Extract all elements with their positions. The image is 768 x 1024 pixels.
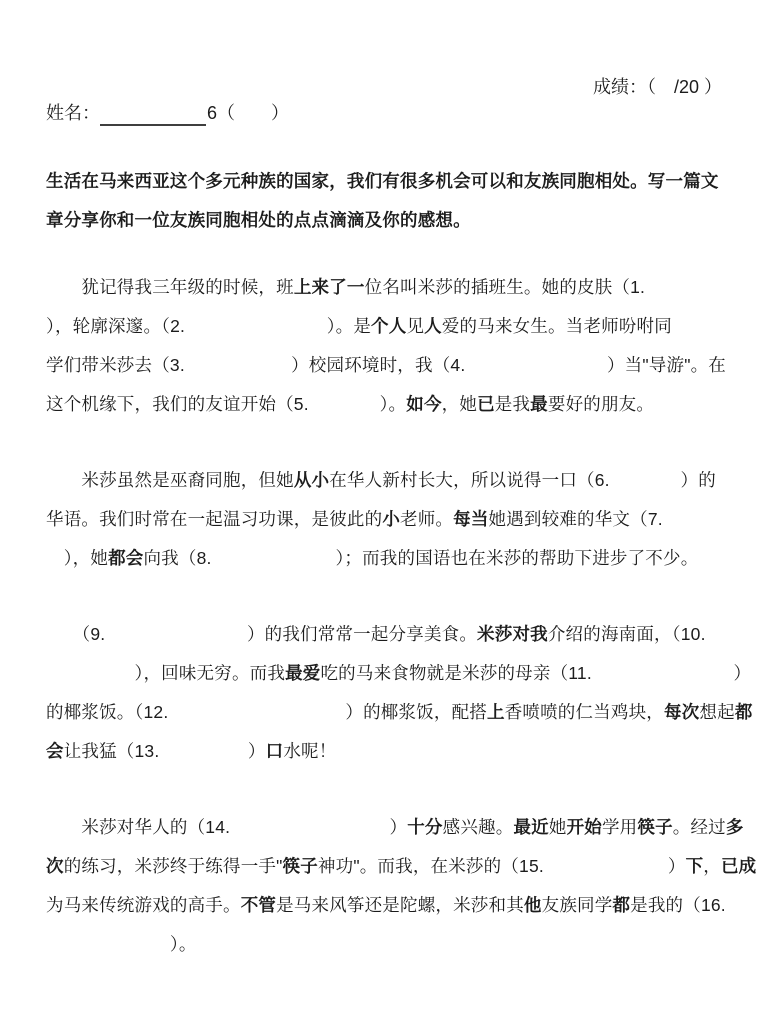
text-run-bold: 会	[46, 741, 64, 761]
header-row: 姓名： 6（ ） 成绩：（ /20 ）	[46, 48, 722, 126]
text-run: 水呢！	[283, 741, 336, 761]
text-run-bold: 每次	[664, 702, 699, 722]
text-run-bold: 筷子	[637, 817, 672, 837]
essay-paragraph-1: 犹记得我三年级的时候，班上来了一位名叫米莎的插班生。她的皮肤（1.），轮廓深邃。…	[46, 268, 722, 424]
text-run-bold: 已成	[721, 856, 756, 876]
text-run: 想起	[699, 702, 734, 722]
text-run: 华语。我们时常在一起温习功课，是彼此的	[46, 509, 382, 529]
text-run: 老师。	[400, 509, 453, 529]
text-run-bold: 开始	[567, 817, 602, 837]
name-label: 姓名：	[46, 100, 100, 126]
text-run-bold: 多	[726, 817, 744, 837]
prompt-line: 章分享你和一位友族同胞相处的点点滴滴及你的感想。	[46, 201, 722, 240]
text-line: （9. ）的我们常常一起分享美食。米莎对我介绍的海南面，（10.	[46, 615, 722, 654]
worksheet-body: { "document": { "header": { "name_label"…	[0, 0, 768, 1024]
text-run: ），轮廓深邃。（2. ）。是	[46, 316, 371, 336]
text-run-bold: 从小	[294, 470, 329, 490]
text-run: 向我（8. ）；而我的国语也在米莎的帮助下进步了不少。	[143, 548, 698, 568]
text-run: 感兴趣。	[443, 817, 514, 837]
text-run: 吃的马来食物就是米莎的母亲（11. ）	[320, 663, 751, 683]
text-run: （9. ）的我们常常一起分享美食。	[46, 624, 477, 644]
text-run-bold: 最近	[513, 817, 548, 837]
header-left: 姓名： 6（ ）	[46, 100, 289, 126]
text-run-bold: 不管	[241, 895, 276, 915]
text-line: 次的练习，米莎终于练得一手"筷子神功"。而我，在米莎的（15. ）下，已成	[46, 847, 722, 886]
text-run-bold: 个人	[371, 316, 406, 336]
text-line: ），轮廓深邃。（2. ）。是个人见人爱的马来女生。当老师吩咐同	[46, 307, 722, 346]
text-run-bold: 都	[612, 895, 630, 915]
text-run-bold: 已	[477, 394, 495, 414]
text-run-bold: 下	[686, 856, 704, 876]
text-line: 犹记得我三年级的时候，班上来了一位名叫米莎的插班生。她的皮肤（1.	[46, 268, 722, 307]
text-run: ，	[703, 856, 721, 876]
text-run-bold: 人	[424, 316, 442, 336]
text-line: 华语。我们时常在一起温习功课，是彼此的小老师。每当她遇到较难的华文（7.	[46, 500, 722, 539]
text-run: 神功"。而我，在米莎的（15. ）	[318, 856, 686, 876]
text-run-bold: 他	[524, 895, 542, 915]
text-line: 米莎虽然是巫裔同胞，但她从小在华人新村长大，所以说得一口（6. ）的	[46, 461, 722, 500]
text-run-bold: 米莎对我	[477, 624, 548, 644]
text-run-bold: 次	[46, 856, 64, 876]
text-run: 她遇到较难的华文（7.	[489, 509, 663, 529]
text-run: 让我猛（13. ）	[64, 741, 266, 761]
text-run: 是马来风筝还是陀螺，米莎和其	[276, 895, 524, 915]
text-run-bold: 章分享你和一位友族同胞相处的点点滴滴及你的感想。	[46, 210, 471, 230]
text-run: 友族同学	[542, 895, 613, 915]
name-blank-line	[100, 106, 206, 126]
text-run: ），她	[46, 548, 108, 568]
text-run-bold: 上来了一	[294, 277, 365, 297]
text-run: 的椰浆饭。（12. ）的椰浆饭，配搭	[46, 702, 487, 722]
essay-paragraph-3: （9. ）的我们常常一起分享美食。米莎对我介绍的海南面，（10. ），回味无穷。…	[46, 615, 722, 771]
essay-paragraph-4: 米莎对华人的（14. ）十分感兴趣。最近她开始学用筷子。经过多次的练习，米莎终于…	[46, 808, 722, 964]
text-line: 米莎对华人的（14. ）十分感兴趣。最近她开始学用筷子。经过多	[46, 808, 722, 847]
text-run-bold: 最爱	[285, 663, 320, 683]
text-run: 学用	[602, 817, 637, 837]
document-page: 姓名： 6（ ） 成绩：（ /20 ） 生活在马来西亚这个多元种族的国家，我们有…	[0, 0, 768, 1024]
text-run: ，她	[442, 394, 477, 414]
text-run-bold: 最	[530, 394, 548, 414]
essay-body: 犹记得我三年级的时候，班上来了一位名叫米莎的插班生。她的皮肤（1.），轮廓深邃。…	[46, 268, 722, 964]
text-run: 要好的朋友。	[548, 394, 654, 414]
text-run: 介绍的海南面，（10.	[548, 624, 706, 644]
essay-prompt: 生活在马来西亚这个多元种族的国家，我们有很多机会可以和友族同胞相处。写一篇文章分…	[46, 162, 722, 240]
text-run: 犹记得我三年级的时候，班	[46, 277, 294, 297]
text-run: 米莎虽然是巫裔同胞，但她	[46, 470, 294, 490]
text-run: 为马来传统游戏的高手。	[46, 895, 241, 915]
text-run-bold: 十分	[407, 817, 442, 837]
text-run: 位名叫米莎的插班生。她的皮肤（1.	[365, 277, 646, 297]
text-run-bold: 上	[487, 702, 505, 722]
text-run: ），回味无穷。而我	[46, 663, 285, 683]
essay-paragraph-2: 米莎虽然是巫裔同胞，但她从小在华人新村长大，所以说得一口（6. ）的华语。我们时…	[46, 461, 722, 578]
text-run-bold: 生活在马来西亚这个多元种族的国家，我们有很多机会可以和友族同胞相处。写一篇文	[46, 171, 719, 191]
text-run-bold: 都	[735, 702, 753, 722]
prompt-line: 生活在马来西亚这个多元种族的国家，我们有很多机会可以和友族同胞相处。写一篇文	[46, 162, 722, 201]
text-run-bold: 筷子	[283, 856, 318, 876]
text-run: ）。	[46, 934, 197, 954]
text-run-bold: 小	[382, 509, 400, 529]
text-run: 见	[406, 316, 424, 336]
text-run: 香喷喷的仁当鸡块，	[505, 702, 664, 722]
text-run: 。经过	[673, 817, 726, 837]
header-right: 成绩：（ /20 ）	[563, 48, 722, 126]
text-run: 在华人新村长大，所以说得一口（6. ）的	[329, 470, 716, 490]
text-line: 学们带米莎去（3. ）校园环境时，我（4. ）当"导游"。在	[46, 346, 722, 385]
text-run-bold: 都会	[108, 548, 143, 568]
text-run-bold: 口	[266, 741, 284, 761]
text-line: 这个机缘下，我们的友谊开始（5. ）。如今，她已是我最要好的朋友。	[46, 385, 722, 424]
text-run: 学们带米莎去（3. ）校园环境时，我（4. ）当"导游"。在	[46, 355, 726, 375]
text-run: 爱的马来女生。当老师吩咐同	[442, 316, 672, 336]
text-run: 是我的（16.	[630, 895, 726, 915]
text-run: 米莎对华人的（14. ）	[46, 817, 407, 837]
text-line: 会让我猛（13. ）口水呢！	[46, 732, 722, 771]
text-run: 是我	[495, 394, 530, 414]
text-line: ）。	[46, 925, 722, 964]
text-run-bold: 每当	[453, 509, 488, 529]
text-run: 的练习，米莎终于练得一手"	[64, 856, 283, 876]
class-text: 6（ ）	[207, 100, 289, 126]
text-line: ），她都会向我（8. ）；而我的国语也在米莎的帮助下进步了不少。	[46, 539, 722, 578]
text-line: 的椰浆饭。（12. ）的椰浆饭，配搭上香喷喷的仁当鸡块，每次想起都	[46, 693, 722, 732]
text-line: 为马来传统游戏的高手。不管是马来风筝还是陀螺，米莎和其他友族同学都是我的（16.	[46, 886, 722, 925]
score-text: 成绩：（ /20 ）	[593, 77, 722, 97]
text-run: 她	[549, 817, 567, 837]
text-run: 这个机缘下，我们的友谊开始（5. ）。	[46, 394, 406, 414]
text-run-bold: 如今	[406, 394, 441, 414]
text-line: ），回味无穷。而我最爱吃的马来食物就是米莎的母亲（11. ）	[46, 654, 722, 693]
